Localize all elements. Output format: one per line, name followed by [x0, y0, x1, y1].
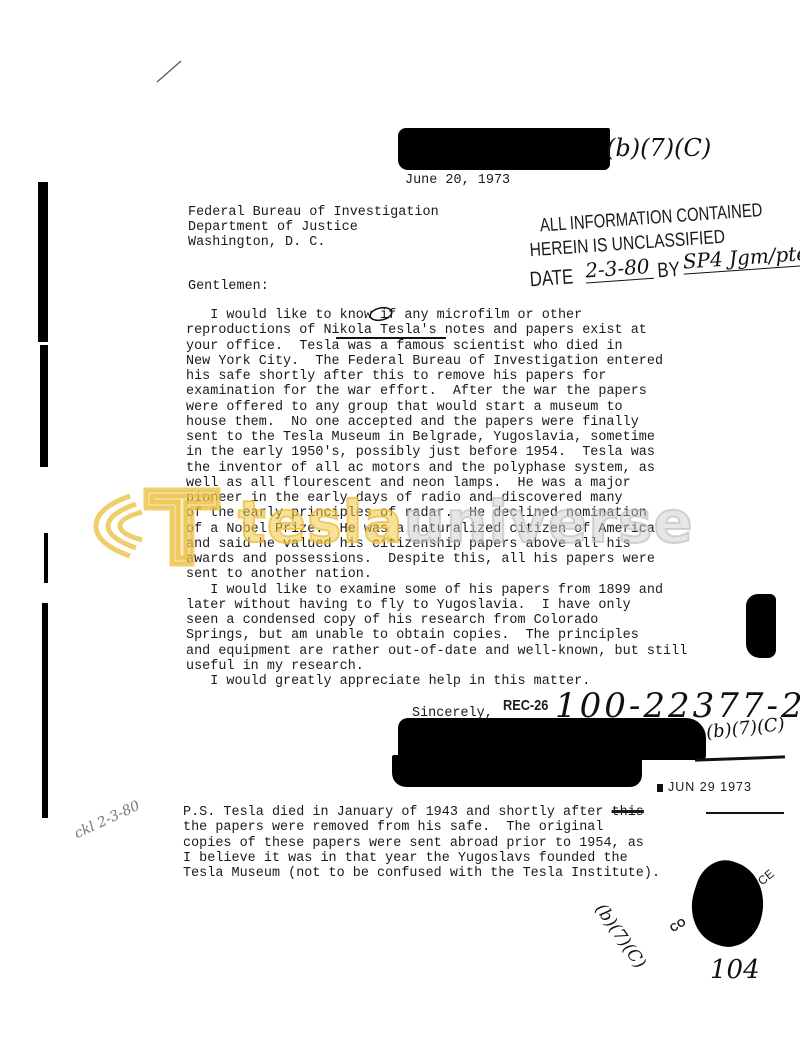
body-line: well as all flourescent and neon lamps. … — [186, 476, 631, 491]
letter-date: June 20, 1973 — [405, 173, 510, 188]
body-line: seen a condensed copy of his research fr… — [186, 613, 598, 628]
body-line: sent to the Tesla Museum in Belgrade, Yu… — [186, 430, 655, 445]
body-line: were offered to any group that would sta… — [186, 400, 623, 415]
recipient-line-2: Department of Justice — [188, 220, 358, 235]
body-line: I would like to examine some of his pape… — [186, 583, 663, 598]
stamp-fragment-2: CO — [668, 916, 688, 935]
body-line: I would greatly appreciate help in this … — [186, 674, 590, 689]
body-line: sent to another nation. — [186, 567, 372, 582]
body-line: New York City. The Federal Bureau of Inv… — [186, 354, 663, 369]
body-line: examination for the war effort. After th… — [186, 384, 647, 399]
body-line: of the early principles of radar. He dec… — [186, 506, 647, 521]
body-line: in the early 1950's, possibly just befor… — [186, 445, 655, 460]
postscript-line: Tesla Museum (not to be confused with th… — [183, 866, 660, 881]
struck-word: this — [612, 805, 644, 820]
body-line: awards and possessions. Despite this, al… — [186, 552, 655, 567]
exemption-note-bottom: (b)(7)(C) — [591, 900, 642, 961]
margin-scribble: ckl 2-3-80 — [72, 798, 143, 842]
exemption-note-top: (b)(7)(C) — [606, 134, 711, 162]
handwritten-underline — [336, 337, 446, 339]
scanned-letter-page: (b)(7)(C) June 20, 1973 Federal Bureau o… — [0, 0, 800, 1041]
handwritten-circle-mark — [366, 304, 396, 322]
body-line: house them. No one accepted and the pape… — [186, 415, 639, 430]
body-line: and said he valued his citizenship paper… — [186, 537, 631, 552]
binding-edge-1 — [38, 182, 48, 342]
ps-rule-mark — [706, 812, 784, 814]
stamp-date-label: DATE — [529, 265, 574, 292]
body-line: and equipment are rather out-of-date and… — [186, 644, 687, 659]
body-line: later without having to fly to Yugoslavi… — [186, 598, 631, 613]
binding-edge-4 — [42, 603, 48, 818]
postscript-line: P.S. Tesla died in January of 1943 and s… — [183, 805, 644, 820]
body-line: pioneer in the early days of radio and d… — [186, 491, 623, 506]
recipient-line-1: Federal Bureau of Investigation — [188, 205, 439, 220]
postscript-line: the papers were removed from his safe. T… — [183, 820, 603, 835]
stamp-date-value: 2-3-80 — [584, 254, 654, 284]
record-stamp: REC-26 — [503, 697, 548, 714]
binding-edge-3 — [44, 533, 48, 583]
body-line: your office. Tesla was a famous scientis… — [186, 339, 623, 354]
body-line: the inventor of all ac motors and the po… — [186, 461, 655, 476]
binding-edge-2 — [40, 345, 48, 467]
redaction-right-margin — [746, 594, 776, 658]
stamp-marker-glyph — [657, 784, 663, 792]
postscript-line: copies of these papers were sent abroad … — [183, 836, 644, 851]
declassification-stamp: ALL INFORMATION CONTAINED HEREIN IS UNCL… — [525, 196, 800, 305]
salutation: Gentlemen: — [188, 279, 269, 294]
underline-mark — [695, 755, 785, 761]
redaction-top — [398, 128, 610, 170]
body-line: Springs, but am unable to obtain copies.… — [186, 628, 639, 643]
page-number: 104 — [710, 955, 760, 985]
redaction-signature-2 — [392, 755, 642, 787]
recipient-line-3: Washington, D. C. — [188, 235, 325, 250]
redaction-signature — [398, 718, 706, 760]
redaction-bottom — [681, 853, 775, 955]
postscript-line: I believe it was in that year the Yugosl… — [183, 851, 628, 866]
body-line: useful in my research. — [186, 659, 364, 674]
body-line: his safe shortly after this to remove hi… — [186, 369, 606, 384]
body-line: of a Nobel Prize. He was a naturalized c… — [186, 522, 655, 537]
pen-stroke-mark — [155, 58, 185, 84]
received-date-stamp: JUN 29 1973 — [668, 780, 752, 794]
stamp-by-label: BY — [657, 258, 681, 284]
